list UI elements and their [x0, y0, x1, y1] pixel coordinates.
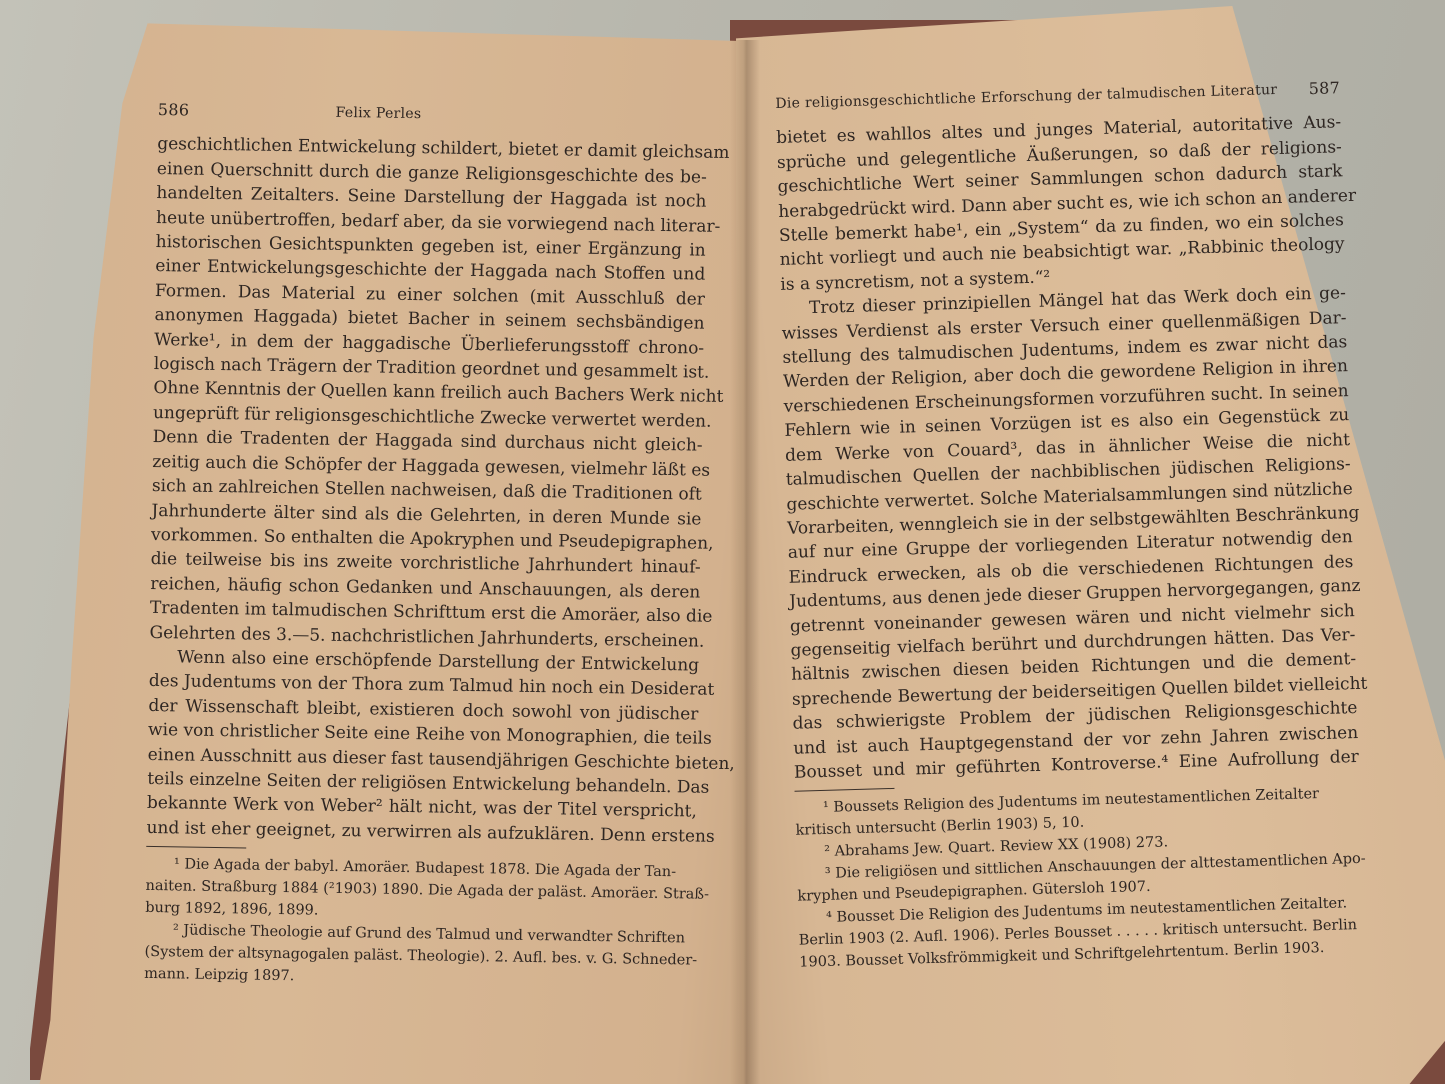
- running-head-author: Felix Perles: [335, 101, 421, 127]
- page-number-left: 586: [158, 98, 190, 123]
- book-gutter: [730, 40, 760, 1084]
- footnote-divider-right: [795, 788, 895, 792]
- left-page-text: 586 Felix Perles geschichtlichen Entwick…: [144, 98, 708, 994]
- right-body: bietet es wahllos altes und junges Mater…: [776, 111, 1359, 785]
- left-footnotes: ¹ Die Agada der babyl. Amoräer. Budapest…: [144, 853, 696, 994]
- right-page-text: Die religionsgeschichtliche Erforschung …: [775, 76, 1364, 974]
- footnote-divider-left: [146, 846, 246, 849]
- page-number-right: 587: [1308, 76, 1340, 101]
- left-body: geschichtlichen Entwickelung schildert, …: [146, 132, 707, 848]
- right-footnotes: ¹ Boussets Religion des Judentums im neu…: [795, 782, 1365, 974]
